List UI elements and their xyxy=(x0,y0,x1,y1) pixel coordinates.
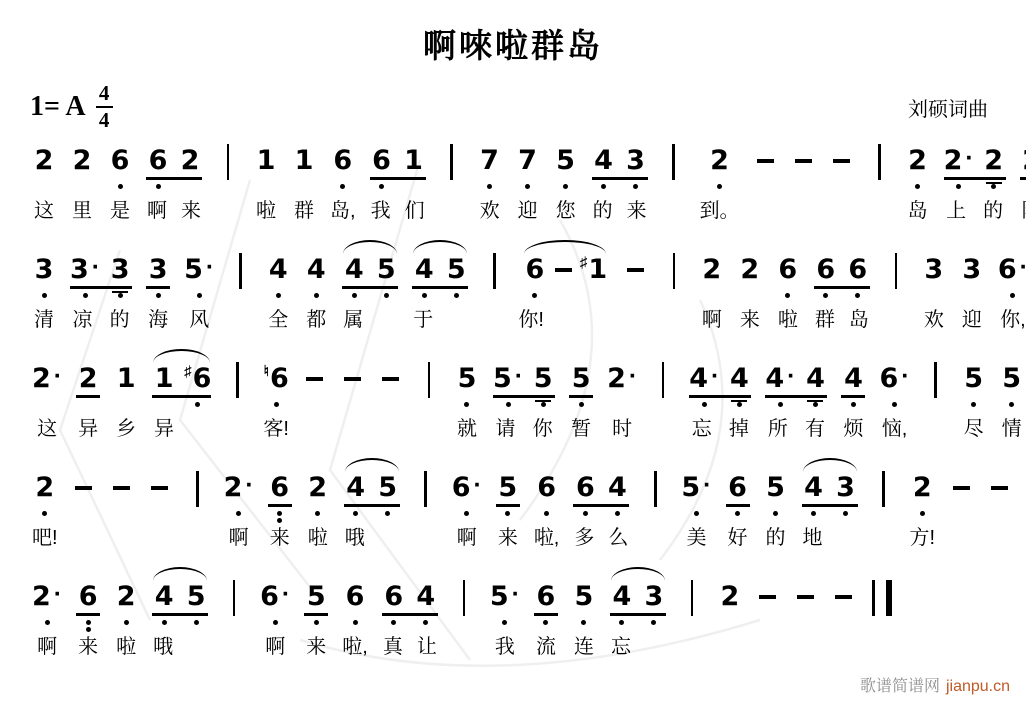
barline-thick xyxy=(886,580,892,616)
octave-dot xyxy=(379,184,384,189)
note-event: 61我们 xyxy=(368,144,428,224)
note-row: 4 xyxy=(264,253,292,307)
lyric: 您 xyxy=(552,198,580,224)
note-event: 5的 xyxy=(762,471,790,551)
note-glyph: 1 xyxy=(254,144,278,177)
note-digit: 6 xyxy=(384,580,403,613)
lyric-row: 啊 xyxy=(28,634,66,660)
note-glyph: 1 xyxy=(292,144,316,177)
note-digit: 4 xyxy=(804,471,823,504)
note-glyph: 4· xyxy=(765,362,795,395)
lyric-row: 恼, xyxy=(875,416,913,442)
note-digit: 6 xyxy=(525,253,544,286)
note-event: 43地 xyxy=(800,471,860,551)
note-row: 2· xyxy=(30,362,64,416)
dash-event xyxy=(622,253,650,307)
note-event: 7迎 xyxy=(514,144,542,224)
octave-dot xyxy=(277,511,282,516)
note-row: 6· xyxy=(996,253,1026,307)
note-event: 2异 xyxy=(74,362,102,442)
octave-dot xyxy=(1009,402,1014,407)
lyric: 异 xyxy=(74,416,102,442)
note-row: 43 xyxy=(608,580,668,634)
note: 4 xyxy=(841,362,865,416)
note-digit: 2 xyxy=(740,253,759,286)
note-row xyxy=(670,144,677,198)
note-row: 2·2 xyxy=(942,144,1008,198)
note-glyph: 5 xyxy=(374,253,398,286)
note-event: 6流 xyxy=(532,580,560,660)
note-row xyxy=(342,362,363,416)
note: 4 xyxy=(610,580,634,634)
note: 1 xyxy=(114,362,138,416)
note-digit: 6 xyxy=(452,471,471,504)
note-glyph: 5· xyxy=(490,580,520,613)
dash-event xyxy=(301,362,329,416)
octave-dot xyxy=(314,620,319,625)
note-event: 2这 xyxy=(30,144,58,224)
note-digit: 3 xyxy=(962,253,981,286)
lyric-row: 阳 xyxy=(1016,198,1026,224)
note: 5 xyxy=(554,144,578,198)
barline xyxy=(236,362,239,398)
note-row: 3 xyxy=(30,253,58,307)
note: 2 xyxy=(178,144,202,198)
time-top: 4 xyxy=(99,83,110,104)
lyric-row: 烦 xyxy=(837,416,869,442)
note-row: 4 xyxy=(839,362,867,416)
note: 2· xyxy=(607,362,637,416)
note-digit: 2 xyxy=(702,253,721,286)
lyric-row: 所有 xyxy=(761,416,831,442)
note-event: 2来 xyxy=(736,253,764,333)
note: 5 xyxy=(1000,362,1024,416)
lyric: 恼, xyxy=(877,416,911,442)
barline xyxy=(882,471,885,507)
duration-dot: · xyxy=(515,362,523,391)
note-row: 1 xyxy=(290,144,318,198)
barline-event xyxy=(220,580,248,634)
note-glyph: 4 xyxy=(344,471,368,504)
lyric: 啦 xyxy=(112,634,140,660)
note: 6 xyxy=(814,253,838,307)
lyric-row: 凉的 xyxy=(66,307,136,333)
note-row: 5 xyxy=(960,362,988,416)
lyric: 啦 xyxy=(304,525,332,551)
accidental-sharp: ♯ xyxy=(184,364,192,379)
note-row: 45 xyxy=(150,580,210,634)
note-digit: 2 xyxy=(607,362,626,395)
note: 3 xyxy=(834,471,858,525)
note-digit: 6 xyxy=(111,144,130,177)
note: ♮6 xyxy=(264,362,289,416)
duration-dash xyxy=(991,486,1008,490)
note-digit: 6 xyxy=(260,580,279,613)
note-glyph: 2 xyxy=(1020,144,1026,177)
note-digit: 5 xyxy=(458,362,477,395)
duration-dash xyxy=(795,159,812,163)
note: 2 xyxy=(982,144,1006,198)
note-glyph: 5 xyxy=(764,471,788,504)
lyric: 清 xyxy=(30,307,58,333)
barline-event xyxy=(226,253,254,307)
note-event: 3·3凉的 xyxy=(68,253,134,333)
lyric-row: 啊来 xyxy=(142,198,206,224)
lyric: 岛 xyxy=(904,198,932,224)
note-digit: 4 xyxy=(608,471,627,504)
note-glyph: 6· xyxy=(998,253,1026,286)
lyric: 风 xyxy=(182,307,216,333)
duration-dash xyxy=(113,486,130,490)
lyric: 海 xyxy=(144,307,172,333)
note-digit: 1 xyxy=(155,362,174,395)
lyric: 都 xyxy=(302,307,330,333)
slur-arc xyxy=(345,458,399,472)
note-digit: 6 xyxy=(193,362,212,395)
lyric: 所 xyxy=(763,416,792,442)
note-glyph: 2 xyxy=(700,253,724,286)
note-row: 2 xyxy=(31,471,59,525)
octave-dot xyxy=(601,184,606,189)
lyric: 来 xyxy=(624,198,650,224)
note: 6 xyxy=(382,580,406,634)
note-digit: 2 xyxy=(913,471,932,504)
lyric: 乡 xyxy=(112,416,140,442)
lyric: 岛, xyxy=(328,198,358,224)
score-line: 3清3·3凉的3海5·风4全4都45属45于6♯1你!2啊2来6啦66群岛3欢3… xyxy=(30,253,998,333)
note-event: 1♯6异 xyxy=(150,362,213,442)
octave-dot xyxy=(274,402,279,407)
lyric: 于 xyxy=(410,307,436,333)
lyric-row: 连 xyxy=(568,634,600,660)
note: 4 xyxy=(152,580,176,634)
lyric-row: 这 xyxy=(28,416,66,442)
note: 6 xyxy=(726,471,750,525)
lyric: 群 xyxy=(812,307,838,333)
note-digit: 4 xyxy=(346,471,365,504)
note-event: 66群岛 xyxy=(812,253,872,333)
footer-site-name: 歌谱简谱网 xyxy=(860,678,940,695)
note-row: 2· xyxy=(30,580,64,634)
octave-dot xyxy=(464,511,469,516)
octave-dot xyxy=(197,293,202,298)
accidental-natural: ♮ xyxy=(264,364,269,379)
lyric xyxy=(834,525,860,551)
note-glyph: 1 xyxy=(152,362,176,395)
note-digit: 4 xyxy=(269,253,288,286)
note-event: 64真让 xyxy=(380,580,440,660)
note: 7 xyxy=(516,144,540,198)
note-event: 2·2上的 xyxy=(942,144,1008,224)
barline xyxy=(424,471,427,507)
barline xyxy=(450,144,453,180)
note-glyph: 6 xyxy=(535,471,559,504)
note-event: 5来 xyxy=(494,471,522,551)
lyric-row: 啦 xyxy=(302,525,334,551)
lyric: 来 xyxy=(494,525,522,551)
note-digit: 4 xyxy=(155,580,174,613)
octave-dot xyxy=(735,511,740,516)
duration-dot: · xyxy=(901,362,909,391)
note-digit: 2 xyxy=(308,471,327,504)
note-glyph: 6· xyxy=(879,362,909,395)
lyric: 们 xyxy=(402,198,428,224)
note: 5 xyxy=(496,471,520,525)
score-line: 2吧!2·啊6来2啦45哦6·啊5来6啦,64多么5·美6好5的43地2方! xyxy=(30,471,998,551)
note-digit: 2 xyxy=(79,362,98,395)
lyric: 时 xyxy=(605,416,639,442)
note-digit: 7 xyxy=(518,144,537,177)
score: 2这2里6是62啊来1啦1群6岛,61我们7欢7迎5您43的来2到。2岛2·2上… xyxy=(30,144,998,660)
lyric-row: 你, xyxy=(994,307,1026,333)
octave-dot xyxy=(124,620,129,625)
lyric: 好 xyxy=(724,525,752,551)
barline-event xyxy=(480,253,508,307)
lyric-row: 全 xyxy=(262,307,294,333)
barline-event xyxy=(184,471,212,525)
note-row: 5· xyxy=(182,253,216,307)
note-digit: 3 xyxy=(626,144,645,177)
lyric-row: 欢 xyxy=(474,198,506,224)
octave-dot xyxy=(384,293,389,298)
duration-dot: · xyxy=(92,253,100,282)
note-glyph: 3 xyxy=(624,144,648,177)
note-row: 2· xyxy=(222,471,256,525)
note-row: 2· xyxy=(605,362,639,416)
barline-event xyxy=(678,580,706,634)
note-glyph: 4 xyxy=(592,144,616,177)
note: 4· xyxy=(689,362,719,416)
note-event: 7欢 xyxy=(476,144,504,224)
note-row xyxy=(989,471,1010,525)
note-glyph: 3 xyxy=(834,471,858,504)
note: 2 xyxy=(114,580,138,634)
note-row xyxy=(757,580,778,634)
note-event: 3欢 xyxy=(920,253,948,333)
note: 5 xyxy=(764,471,788,525)
note-glyph: 6 xyxy=(776,253,800,286)
lyric: 是 xyxy=(106,198,134,224)
octave-dot xyxy=(778,402,783,407)
slur-arc xyxy=(153,349,210,363)
note-row: 5 xyxy=(552,144,580,198)
note: 4 xyxy=(802,471,826,525)
note-event: 1乡 xyxy=(112,362,140,442)
note-event: 2啊 xyxy=(698,253,726,333)
note-glyph: 5 xyxy=(554,144,578,177)
barline-event xyxy=(438,144,466,198)
octave-dot xyxy=(541,402,546,407)
lyric-row: 我 xyxy=(486,634,524,660)
note-event: 64多么 xyxy=(571,471,631,551)
slur-arc xyxy=(524,240,606,254)
duration-dot: · xyxy=(206,253,214,282)
note-digit: 6 xyxy=(346,580,365,613)
note-digit: 7 xyxy=(480,144,499,177)
lyric-row: 啦, xyxy=(530,525,564,551)
note-glyph: 2 xyxy=(708,144,732,177)
note-event: 45于 xyxy=(410,253,470,333)
lyric-row: 忘掉 xyxy=(685,416,755,442)
lyric-row: 暂 xyxy=(565,416,597,442)
lyric: 让 xyxy=(414,634,440,660)
note-glyph: 6 xyxy=(370,144,394,177)
note-row xyxy=(755,144,776,198)
lyric: 流 xyxy=(532,634,560,660)
note-glyph: 3 xyxy=(642,580,666,613)
octave-dot xyxy=(118,184,123,189)
lyric: 有 xyxy=(800,416,829,442)
note: 5 xyxy=(572,580,596,634)
octave-dot xyxy=(651,620,656,625)
octave-dot xyxy=(385,511,390,516)
lyric: 啊 xyxy=(222,525,256,551)
note: 2 xyxy=(1020,144,1026,198)
score-line: 2这2里6是62啊来1啦1群6岛,61我们7欢7迎5您43的来2到。2岛2·2上… xyxy=(30,144,998,224)
lyric: 么 xyxy=(605,525,631,551)
lyric: 方! xyxy=(908,525,938,551)
note-row: 45 xyxy=(340,253,400,307)
duration-dash xyxy=(833,159,850,163)
note: 2 xyxy=(700,253,724,307)
note-digit: 2 xyxy=(32,580,51,613)
note-event: 5·我 xyxy=(488,580,522,660)
note-row: 6 xyxy=(74,580,102,634)
note-event: 2·啊 xyxy=(30,580,64,660)
octave-dot xyxy=(543,620,548,625)
lyric-row: 时 xyxy=(603,416,641,442)
note-glyph: 1 xyxy=(402,144,426,177)
octave-dot xyxy=(532,293,537,298)
barline-thin xyxy=(872,580,875,616)
footer-site-link[interactable]: jianpu.cn xyxy=(946,678,1010,695)
note-digit: 1 xyxy=(295,144,314,177)
octave-dot xyxy=(811,511,816,516)
lyric-row: 客! xyxy=(259,416,293,442)
lyric: 的 xyxy=(762,525,790,551)
octave-dot xyxy=(45,620,50,625)
note-row: 3 xyxy=(144,253,172,307)
note-glyph: 5· xyxy=(184,253,214,286)
octave-dot xyxy=(773,511,778,516)
note-digit: 2 xyxy=(224,471,243,504)
note-glyph: 2 xyxy=(718,580,742,613)
lyric: 美 xyxy=(679,525,713,551)
note: 2 xyxy=(76,362,100,416)
slur-arc xyxy=(803,458,857,472)
duration-dash xyxy=(344,377,361,381)
note-digit: 2 xyxy=(944,144,963,177)
note-event: 2到。 xyxy=(698,144,742,224)
lyric: 来 xyxy=(736,307,764,333)
octave-dot xyxy=(813,402,818,407)
octave-dot xyxy=(991,184,996,189)
slur-arc xyxy=(611,567,665,581)
duration-dash xyxy=(835,595,852,599)
lyric-row: 方! xyxy=(906,525,940,551)
final-barline-event xyxy=(868,580,896,634)
lyric-row: 群 xyxy=(288,198,320,224)
lyric: 尽 xyxy=(960,416,988,442)
lyric: 迎 xyxy=(514,198,542,224)
score-line: 2·这2异1乡1♯6异♮6客!5就5·5请你5暂2·时4·4忘掉4·4所有4烦6… xyxy=(30,362,998,442)
lyric: 真 xyxy=(380,634,406,660)
lyric-row: 真让 xyxy=(378,634,442,660)
lyric-row: 清 xyxy=(28,307,60,333)
note-event: 2啦 xyxy=(304,471,332,551)
lyric-row: 你! xyxy=(516,307,614,333)
note-glyph: 6 xyxy=(146,144,170,177)
lyric: 全 xyxy=(264,307,292,333)
lyric: 属 xyxy=(340,307,366,333)
note: 7 xyxy=(478,144,502,198)
note-digit: 6 xyxy=(79,580,98,613)
note-glyph: 3 xyxy=(108,253,132,286)
note-glyph: 7 xyxy=(516,144,540,177)
lyric: 的 xyxy=(105,307,134,333)
note-digit: 5 xyxy=(766,471,785,504)
lyric: 我 xyxy=(488,634,522,660)
note-row xyxy=(422,471,429,525)
barline xyxy=(239,253,242,289)
barline-event xyxy=(870,471,898,525)
note-row: 1 xyxy=(112,362,140,416)
note-row xyxy=(625,253,646,307)
note-row: 2 xyxy=(304,471,332,525)
octave-dot xyxy=(314,293,319,298)
note-row: 5 xyxy=(494,471,522,525)
note-event: 5就 xyxy=(453,362,481,442)
slur-arc xyxy=(153,567,207,581)
duration-dot: · xyxy=(282,580,290,609)
note: 4 xyxy=(727,362,751,416)
note-glyph: 5· xyxy=(493,362,523,395)
note-digit: 6 xyxy=(149,144,168,177)
octave-dot xyxy=(315,511,320,516)
note-digit: 5 xyxy=(187,580,206,613)
note-digit: 5 xyxy=(307,580,326,613)
note: 6 xyxy=(343,580,367,634)
note-digit: 5 xyxy=(490,580,509,613)
dash-event xyxy=(947,471,975,525)
note-event: 3海 xyxy=(144,253,172,333)
note-row: 5 xyxy=(762,471,790,525)
barline-event xyxy=(660,144,688,198)
lyric-row: 啊 xyxy=(448,525,486,551)
note-row: 3 xyxy=(920,253,948,307)
note-glyph: 6 xyxy=(268,471,292,504)
note-glyph: 5· xyxy=(681,471,711,504)
key-text: 1= A xyxy=(30,91,86,123)
octave-dot xyxy=(464,402,469,407)
note-digit: 3 xyxy=(111,253,130,286)
note: 6 xyxy=(846,253,870,307)
note: 6 xyxy=(776,253,800,307)
barline xyxy=(493,253,496,289)
note-row: 5 xyxy=(302,580,330,634)
note-glyph: 2 xyxy=(982,144,1006,177)
lyric: 群 xyxy=(290,198,318,224)
note-digit: 5 xyxy=(378,471,397,504)
octave-dot xyxy=(156,184,161,189)
lyric-row: 多么 xyxy=(569,525,633,551)
note-glyph: 2 xyxy=(32,144,56,177)
note-row xyxy=(448,144,455,198)
duration-dot: · xyxy=(703,471,711,500)
lyric-row: 异 xyxy=(72,416,104,442)
note-glyph: 4 xyxy=(727,362,751,395)
note: 3 xyxy=(108,253,132,307)
